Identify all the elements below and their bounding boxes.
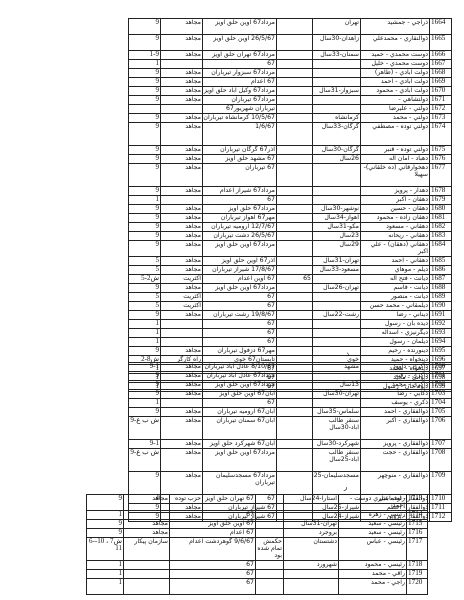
table-row: 167ديلمان - رسول1694 — [129, 338, 452, 347]
row-number-cell: 1690 — [430, 302, 452, 311]
note-cell — [256, 579, 284, 595]
group-cell: مجاهد — [161, 372, 203, 381]
place-cell: 23سال — [313, 232, 361, 241]
group-cell: مجاهد — [161, 205, 203, 214]
row-number-cell: 1703 — [430, 390, 452, 399]
table-row: 167دوست محمدي - خليل1667 — [129, 60, 452, 69]
date-prison-cell: 67 — [203, 60, 277, 69]
table-row: 167دهقان - اكبر1679 — [129, 196, 452, 205]
place-cell: كرمانشاه — [313, 114, 361, 123]
place-cell — [313, 60, 361, 69]
group-cell — [161, 60, 203, 69]
code-cell: 9 — [129, 347, 161, 356]
place-cell: سنقر طالب اباد-25سال — [313, 449, 361, 472]
table-row: 167راجي - محمد1720 — [87, 579, 428, 595]
date-prison-cell: 26/5/67 دشت تيرباران — [203, 232, 277, 241]
name-cell: دولتشاهي - — [361, 96, 430, 105]
date-prison-cell: 19/8/67 رشت تيرباران — [203, 311, 277, 320]
table-row: 9-ش ب عمجاهدمرداد67 اوين حلق آويزسنقر طا… — [129, 449, 452, 472]
row-number-cell: 1692 — [430, 320, 452, 329]
row-number-cell: 1679 — [430, 196, 452, 205]
code-cell: 1 — [129, 329, 161, 338]
note-cell — [277, 329, 313, 338]
row-number-cell: 1702 — [430, 381, 452, 390]
place-cell — [313, 69, 361, 78]
code-cell — [129, 105, 161, 114]
group-cell: مجاهد — [161, 35, 203, 51]
name-cell: ذاكري - داوود — [361, 363, 430, 372]
group-cell: مجاهد — [161, 51, 203, 60]
name-cell: رئيسي - عباس — [339, 538, 407, 561]
code-cell: 9 — [129, 214, 161, 223]
group-cell: مجاهد — [161, 232, 203, 241]
section-marker-2: ذ — [346, 350, 349, 358]
group-cell: مجاهد — [161, 449, 203, 472]
name-cell: دهقاني (دهقان) - علي اكبر — [361, 241, 430, 257]
note-cell — [277, 223, 313, 232]
place-cell — [313, 164, 361, 187]
table-1-body: 9مجاهدمرداد67 اوين حلق آويزتهرانذراجي - … — [129, 19, 452, 392]
name-cell: دهقان زاده - محمود — [361, 214, 430, 223]
date-prison-cell: آذر67 گرگان تيرباران — [203, 146, 277, 155]
code-cell: 1 — [129, 320, 161, 329]
place-cell: مكو-31سال — [313, 223, 361, 232]
date-prison-cell: 17/8/67 شيراز تيرباران — [203, 266, 277, 275]
name-cell: ذوالفقاري - اكبر — [361, 417, 430, 440]
date-prison-cell: مرداد67 تهران حلق آويز — [203, 51, 277, 60]
code-cell: 9 — [129, 96, 161, 105]
code-cell: 9 — [129, 123, 161, 146]
group-cell: سازمان پيكار — [124, 538, 170, 561]
place-cell — [313, 275, 361, 284]
table-row: 9مجاهدمرداد67 اوين حلق آويز13سالذاكري - … — [129, 381, 452, 390]
note-cell — [277, 123, 313, 146]
place-cell: مسعود-33سال — [313, 266, 361, 275]
table-row: 9مجاهدآبان67 اروميه تيربارانسلماس-35سالذ… — [129, 408, 452, 417]
row-number-cell: 1713 — [407, 495, 428, 511]
group-cell — [161, 329, 203, 338]
group-cell — [161, 399, 203, 408]
place-cell: بروجرد — [284, 529, 339, 538]
group-cell: اكثريت — [161, 302, 203, 311]
date-prison-cell: مرداد67 مسجدسليمان تيرباران — [203, 472, 277, 495]
table-row: 9مجاهدمهر67 دزفول تيرباراندينورنده - رحي… — [129, 347, 452, 356]
group-cell: مجاهد — [161, 114, 203, 123]
date-prison-cell: آذر67 اوين حلق آويز — [203, 257, 277, 266]
note-cell — [277, 302, 313, 311]
code-cell: 9 — [129, 205, 161, 214]
name-cell: ديناني - رضا — [361, 311, 430, 320]
place-cell: 13سال — [313, 381, 361, 390]
place-cell — [313, 96, 361, 105]
name-cell: دهقان - حسين — [361, 205, 430, 214]
name-cell: دهقاني - ريحانه — [361, 232, 430, 241]
group-cell: مجاهد — [161, 408, 203, 417]
note-cell — [277, 78, 313, 87]
name-cell: دهقان - اكبر — [361, 196, 430, 205]
group-cell: اكثريت — [161, 275, 203, 284]
place-cell — [313, 105, 361, 114]
name-cell: رئوف بشري دوست - احمد — [339, 495, 407, 511]
group-cell: مجاهد — [161, 347, 203, 356]
note-cell — [277, 164, 313, 187]
code-cell: 9 — [129, 164, 161, 187]
note-cell — [277, 257, 313, 266]
group-cell — [161, 196, 203, 205]
place-cell: مشهد — [313, 363, 361, 372]
group-cell: مجاهد — [161, 69, 203, 78]
group-cell: مجاهد — [161, 87, 203, 96]
date-prison-cell: مرداد67 حلق آويز — [203, 205, 277, 214]
note-cell — [277, 320, 313, 329]
row-number-cell: 1712 — [430, 513, 452, 522]
group-cell: اكثريت — [161, 293, 203, 302]
name-cell: رئيسي - زهره — [339, 511, 407, 520]
row-number-cell: 1718 — [407, 561, 428, 570]
table-row: تيرباران شهريور67دولتي - عليرضا1672 — [129, 105, 452, 114]
row-number-cell: 1714 — [407, 511, 428, 520]
date-prison-cell: مرداد67 اوين حلق آويز — [203, 284, 277, 293]
note-cell — [277, 155, 313, 164]
note-cell — [256, 529, 284, 538]
code-cell: 9 — [129, 311, 161, 320]
name-cell: رئيسي - سعيد — [339, 520, 407, 529]
date-prison-cell: 67 — [170, 511, 256, 520]
name-cell: دينورنده - رحيم — [361, 347, 430, 356]
name-cell: ذكري - يوسف — [361, 399, 430, 408]
code-cell: 9 — [129, 114, 161, 123]
code-cell: 9 — [129, 241, 161, 257]
place-cell: تهران-31سال — [313, 257, 361, 266]
note-cell — [277, 241, 313, 257]
code-cell: 6-ش7 ، 10-11 — [87, 538, 124, 561]
place-cell — [313, 293, 361, 302]
place-cell — [313, 329, 361, 338]
group-cell: مجاهد — [124, 529, 170, 538]
name-cell: ذوالنقاري - محمدعلي — [361, 35, 430, 51]
note-cell — [277, 187, 313, 196]
note-cell — [256, 511, 284, 520]
date-prison-cell: 67 — [203, 302, 277, 311]
date-prison-cell: مرداد67 اوين حلق آويز — [203, 449, 277, 472]
place-cell — [284, 579, 339, 595]
date-prison-cell: 67 اعدام — [170, 529, 256, 538]
place-cell: شهرورد — [284, 561, 339, 570]
group-cell — [124, 561, 170, 570]
name-cell: دولت ابادي - احمد — [361, 78, 430, 87]
row-number-cell: 1717 — [407, 538, 428, 561]
code-cell: 9 — [87, 529, 124, 538]
date-prison-cell: مرداد67 تيرباران — [203, 96, 277, 105]
section-marker-3: ر — [344, 483, 347, 491]
table-row: 9مجاهد67 اعدامبروجردرئيسي - سعيد1716 — [87, 529, 428, 538]
code-cell: 5 — [129, 257, 161, 266]
table-row: 9مجاهد19/8/67 رشت تيربارانرشت-22سالدينان… — [129, 311, 452, 320]
code-cell: 9 — [129, 232, 161, 241]
code-cell: 9 — [129, 390, 161, 399]
group-cell: مجاهد — [161, 78, 203, 87]
code-cell: 9 — [129, 472, 161, 495]
note-cell — [277, 284, 313, 293]
code-cell: 1 — [129, 196, 161, 205]
records-table-3: 9مجاهد67 تهران حلق آويزاستارا-24سالرئوف … — [86, 494, 428, 595]
name-cell: ديلم - موهاي — [361, 266, 430, 275]
row-number-cell: 1700 — [430, 363, 452, 372]
place-cell — [313, 196, 361, 205]
place-cell: تهران — [313, 19, 361, 35]
place-cell: نوشهر-30سال — [313, 205, 361, 214]
table-row: 9مجاهد10/5/67 كرمانشاه تيربارانكرمانشاهد… — [129, 114, 452, 123]
group-cell: مجاهد — [124, 495, 170, 511]
note-cell — [277, 440, 313, 449]
group-cell: مجاهد — [161, 164, 203, 187]
note-cell — [277, 114, 313, 123]
code-cell: 1 — [129, 60, 161, 69]
group-cell: مجاهد — [161, 257, 203, 266]
table-row: 9مجاهد26/5/67 اوين حلق آويززاهدان-30سالذ… — [129, 35, 452, 51]
name-cell: دوست محمدي - خليل — [361, 60, 430, 69]
row-number-cell: 1683 — [430, 232, 452, 241]
table-row: 9مجاهدمرداد67 مسجدسليمان تيربارانمسجدسلي… — [129, 472, 452, 495]
table-row: 9مجاهدآبان67 اوين حلق آويزتهران-30سالذكا… — [129, 390, 452, 399]
table-row: 9مجاهدمرداد67 حلق آويزنوشهر-30سالدهقان -… — [129, 205, 452, 214]
place-cell: تهران-30سال — [313, 390, 361, 399]
row-number-cell: 1720 — [407, 579, 428, 595]
table-row: 9مجاهدمرداد67 اوين حلق آويزتهرانذراجي - … — [129, 19, 452, 35]
date-prison-cell: 67 — [170, 570, 256, 579]
code-cell: 9 — [129, 78, 161, 87]
date-prison-cell: 9/6/67 گوهردشت اعدام — [170, 538, 256, 561]
place-cell — [313, 320, 361, 329]
row-number-cell: 1709 — [430, 472, 452, 495]
note-cell — [277, 408, 313, 417]
name-cell: دولتي - محمد — [361, 114, 430, 123]
row-number-cell: 1682 — [430, 223, 452, 232]
table-3-body: 9مجاهد67 تهران حلق آويزاستارا-24سالرئوف … — [87, 495, 428, 595]
note-cell — [277, 347, 313, 356]
group-cell: مجاهد — [124, 520, 170, 529]
row-number-cell: 1672 — [430, 105, 452, 114]
date-prison-cell: مرداد67 اوين حلق آويز — [203, 381, 277, 390]
place-cell: گرگان-33سال — [313, 123, 361, 146]
place-cell: تهران-31سال — [284, 520, 339, 529]
name-cell: رئيسي - سعيد — [339, 529, 407, 538]
note-cell — [277, 205, 313, 214]
place-cell: 29سال — [313, 241, 361, 257]
note-cell — [277, 311, 313, 320]
name-cell: دهدار - پرويز — [361, 187, 430, 196]
place-cell — [313, 78, 361, 87]
note-cell — [277, 35, 313, 51]
table-row: 9مجاهدمرداد67 تيرباراندولتشاهي -1671 — [129, 96, 452, 105]
code-cell: 9-1 — [129, 363, 161, 372]
code-cell: 9 — [129, 372, 161, 381]
row-number-cell: 1693 — [430, 329, 452, 338]
code-cell: 5 — [129, 302, 161, 311]
date-prison-cell: تيرباران شهريور67 — [203, 105, 277, 114]
code-cell: 1 — [87, 561, 124, 570]
table-row: 9-1مجاهدآبان67 شهركرد حلق آويزشهركرد-30س… — [129, 440, 452, 449]
group-cell: مجاهد — [161, 241, 203, 257]
name-cell: دهقاني - مسعود — [361, 223, 430, 232]
table-row: 9مجاهد1/6/67گرگان-33سالدولتي توده - مصطف… — [129, 123, 452, 146]
code-cell: 9-ش ب ع — [129, 417, 161, 440]
table-row: 9مجاهدمرداد67 عادل اباد تيربارانذاكري - … — [129, 372, 452, 381]
group-cell: مجاهد — [161, 311, 203, 320]
row-number-cell: 1706 — [430, 417, 452, 440]
table-row: 9مجاهدمرداد67 وكيل اباد حلق آويزسبزوار-3… — [129, 87, 452, 96]
note-cell — [277, 449, 313, 472]
records-table-1: 9مجاهدمرداد67 اوين حلق آويزتهرانذراجي - … — [128, 18, 452, 392]
name-cell: ديانت - قاسم — [361, 284, 430, 293]
table-row: 9مجاهد67 اوين حلق آويزتهران-31سالرئيسي -… — [87, 520, 428, 529]
code-cell: 9 — [87, 495, 124, 511]
date-prison-cell: 67 — [203, 320, 277, 329]
note-cell — [277, 87, 313, 96]
group-cell — [161, 105, 203, 114]
table-row: 5مجاهدآذر67 اوين حلق آويزتهران-31سالدهقا… — [129, 257, 452, 266]
row-number-cell: 1708 — [430, 449, 452, 472]
place-cell: سمنان-33سال — [313, 51, 361, 60]
note-cell — [277, 381, 313, 390]
group-cell: مجاهد — [161, 155, 203, 164]
place-cell: رشت-22سال — [313, 311, 361, 320]
note-cell — [277, 105, 313, 114]
table-row: 5اكثريت67ديانت - منصور1689 — [129, 293, 452, 302]
date-prison-cell: مرداد67 شيراز اعدام — [203, 187, 277, 196]
table-row: 9مجاهدمهر67 اهواز تيرباراناهواز-34سالدهق… — [129, 214, 452, 223]
row-number-cell: 1685 — [430, 257, 452, 266]
date-prison-cell: مرداد67 وكيل اباد حلق آويز — [203, 87, 277, 96]
code-cell: 9-1 — [129, 440, 161, 449]
place-cell: سبزوار-31سال — [313, 87, 361, 96]
row-number-cell: 1666 — [430, 51, 452, 60]
row-number-cell: 1668 — [430, 69, 452, 78]
place-cell: شهركرد-30سال — [313, 440, 361, 449]
group-cell — [161, 320, 203, 329]
group-cell: مجاهد — [161, 381, 203, 390]
code-cell: 1 — [129, 399, 161, 408]
name-cell: ذوالفقاري - حجت — [361, 449, 430, 472]
row-number-cell: 1674 — [430, 123, 452, 146]
table-row: 5-ش2اكثريت67 اوين اعدام65ديانت - فتح اله… — [129, 275, 452, 284]
row-number-cell: 1686 — [430, 266, 452, 275]
note-cell — [277, 390, 313, 399]
name-cell: ذاكري - رقيه — [361, 372, 430, 381]
row-number-cell: 1664 — [430, 19, 452, 35]
table-row: 9مجاهد26/5/67 دشت تيرباران23سالدهقاني - … — [129, 232, 452, 241]
place-cell — [313, 338, 361, 347]
group-cell: مجاهد — [161, 146, 203, 155]
place-cell — [313, 372, 361, 381]
row-number-cell: 1669 — [430, 78, 452, 87]
row-number-cell: 1695 — [430, 347, 452, 356]
note-cell — [277, 399, 313, 408]
date-prison-cell: 67 — [203, 329, 277, 338]
code-cell: 9 — [129, 381, 161, 390]
place-cell — [313, 187, 361, 196]
note-cell — [277, 363, 313, 372]
table-row: 1-9مجاهدمرداد67 تهران حلق آويزسمنان-33سا… — [129, 51, 452, 60]
date-prison-cell: 67 — [170, 561, 256, 570]
table-row: 9مجاهد67 تيرباراندهخوارقاني (ده خلقاني)-… — [129, 164, 452, 187]
date-prison-cell: 10/5/67 كرمانشاه تيرباران — [203, 114, 277, 123]
note-cell: حكمش تمام شده بود — [256, 538, 284, 561]
name-cell: دولتي توده - مصطفي — [361, 123, 430, 146]
name-cell: ديلمان - رسول — [361, 338, 430, 347]
date-prison-cell: 67 — [203, 293, 277, 302]
code-cell: 9 — [129, 187, 161, 196]
code-cell: 1 — [87, 579, 124, 595]
row-number-cell: 1687 — [430, 275, 452, 284]
row-number-cell: 1675 — [430, 146, 452, 155]
group-cell: مجاهد — [161, 187, 203, 196]
date-prison-cell: 12/7/67 اروميه تيرباران — [203, 223, 277, 232]
note-cell — [256, 495, 284, 511]
note-cell — [277, 19, 313, 35]
name-cell: ديلمقاني - محمد حسن — [361, 302, 430, 311]
row-number-cell: 1667 — [430, 60, 452, 69]
group-cell: مجاهد — [161, 472, 203, 495]
date-prison-cell: 67 اوين حلق آويز — [170, 520, 256, 529]
name-cell: دوست محمدي - حميد — [361, 51, 430, 60]
name-cell: دهباد - امان اله — [361, 155, 430, 164]
code-cell: 9 — [129, 155, 161, 164]
code-cell: 9 — [129, 146, 161, 155]
name-cell: ديگرنيزي - اسداله — [361, 329, 430, 338]
note-cell — [277, 196, 313, 205]
row-number-cell: 1707 — [430, 440, 452, 449]
date-prison-cell: 67 اوين اعدام — [203, 275, 277, 284]
row-number-cell: 1694 — [430, 338, 452, 347]
place-cell: سلماس-35سال — [313, 408, 361, 417]
table-row: 167شهروردرئيسي - محمود1718 — [87, 561, 428, 570]
date-prison-cell: 26/5/67 اوين حلق آويز — [203, 35, 277, 51]
date-prison-cell: مهر67 دزفول تيرباران — [203, 347, 277, 356]
place-cell: زاهدان-30سال — [313, 35, 361, 51]
group-cell: مجاهد — [161, 390, 203, 399]
table-row: 9مجاهد12/7/67 اروميه تيربارانمكو-31سالده… — [129, 223, 452, 232]
place-cell: دشتستان — [284, 538, 339, 561]
row-number-cell: 1671 — [430, 96, 452, 105]
group-cell: مجاهد — [161, 223, 203, 232]
note-cell — [277, 96, 313, 105]
row-number-cell: 1676 — [430, 155, 452, 164]
note-cell — [277, 372, 313, 381]
table-row: 5اكثريت67ديلمقاني - محمد حسن1690 — [129, 302, 452, 311]
date-prison-cell: مرداد67 اوين حلق آويز — [203, 19, 277, 35]
date-prison-cell: 67 تيرباران — [203, 164, 277, 187]
group-cell: مجاهد — [161, 440, 203, 449]
note-cell — [277, 417, 313, 440]
row-number-cell: 1680 — [430, 205, 452, 214]
date-prison-cell: آبان67 سمنان تيرباران — [203, 417, 277, 440]
code-cell: 9 — [129, 19, 161, 35]
code-cell: 1 — [129, 338, 161, 347]
table-row: 167رئيسي - زهره1714 — [87, 511, 428, 520]
table-row: 167راقي - محمد1719 — [87, 570, 428, 579]
table-row: 5مجاهد17/8/67 شيراز تيربارانمسعود-33سالد… — [129, 266, 452, 275]
code-cell: 5 — [129, 293, 161, 302]
group-cell — [161, 338, 203, 347]
date-prison-cell: 67 — [203, 338, 277, 347]
table-row: 9مجاهدآذر67 گرگان تيربارانگرگان-30سالدول… — [129, 146, 452, 155]
row-number-cell: 1684 — [430, 241, 452, 257]
row-number-cell: 1710 — [430, 495, 452, 504]
name-cell: دولتي توده - قنبر — [361, 146, 430, 155]
code-cell: 9 — [129, 87, 161, 96]
place-cell: 26سال — [313, 155, 361, 164]
